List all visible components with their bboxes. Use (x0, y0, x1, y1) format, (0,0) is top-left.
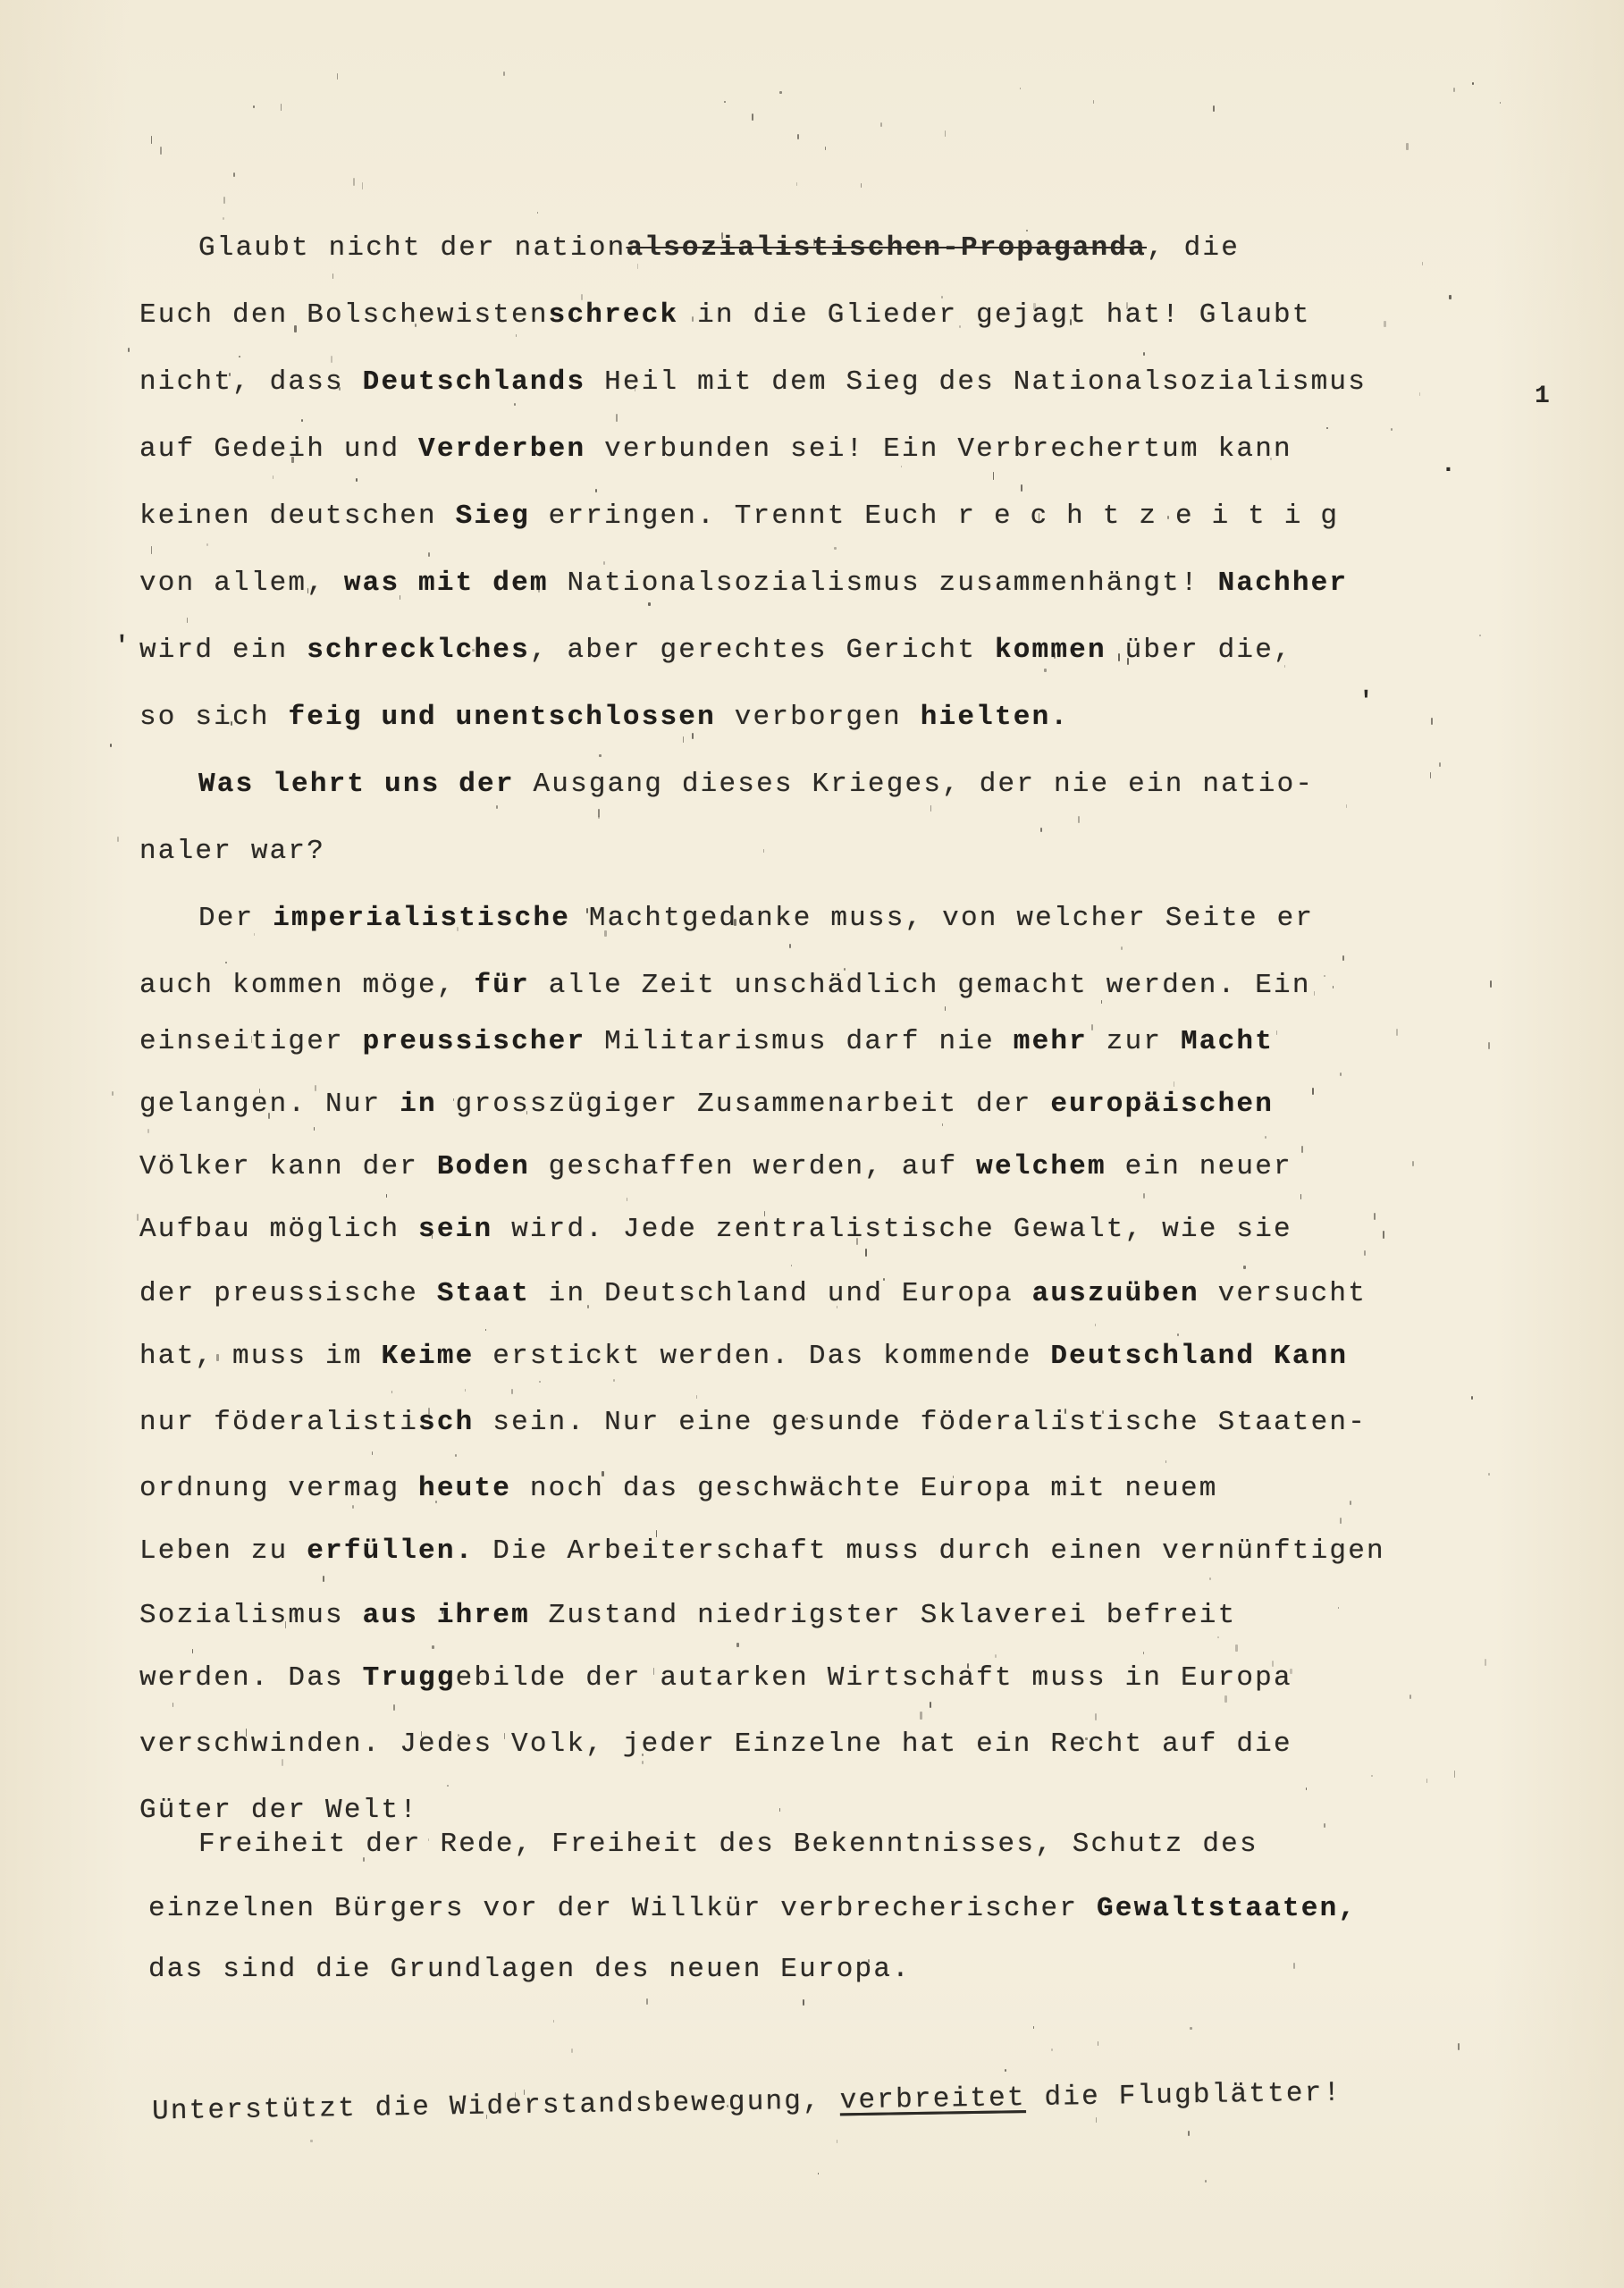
text-line: Glaubt nicht der nationalsozialistischen… (198, 234, 1240, 262)
text-segment: erfüllen. (307, 1535, 474, 1567)
ink-speck (1188, 2131, 1190, 2136)
ink-speck (1078, 816, 1080, 823)
ink-speck (331, 356, 332, 363)
ink-speck (310, 2140, 312, 2142)
text-line: nur föderalistisch sein. Nur eine gesund… (139, 1409, 1367, 1436)
text-segment: zur (1088, 1026, 1181, 1057)
ink-speck (571, 2048, 573, 2053)
ink-speck (1021, 484, 1022, 492)
text-segment: was mit dem (344, 568, 549, 599)
text-segment: Die Arbeiterschaft muss durch einen vern… (474, 1535, 1384, 1567)
text-segment: nicht, dass (139, 366, 363, 398)
text-segment: europäischen (1050, 1089, 1274, 1120)
ink-speck (880, 122, 882, 126)
text-line: Euch den Bolschewistenschreck in die Gli… (139, 301, 1311, 329)
text-segment: naler war? (139, 836, 325, 867)
ink-speck (147, 1129, 149, 1133)
ink-speck (1426, 1779, 1427, 1783)
text-line: der preussische Staat in Deutschland und… (139, 1280, 1367, 1308)
text-segment: noch das geschwächte Europa mit neuem (511, 1473, 1218, 1504)
ink-speck (1488, 1042, 1490, 1049)
ink-speck (428, 552, 430, 557)
text-line: so sich feig und unentschlossen verborge… (139, 703, 1069, 731)
margin-mark: 1 (1535, 383, 1550, 410)
text-segment: wird ein (139, 635, 307, 666)
ink-speck (825, 147, 826, 151)
text-segment: verborgen (716, 702, 921, 733)
text-segment: Deutschland Kann (1050, 1341, 1348, 1372)
ink-speck (736, 1643, 738, 1646)
ink-speck (595, 489, 597, 492)
text-segment: ordnung vermag (139, 1473, 418, 1504)
text-line: einseitiger preussischer Militarismus da… (139, 1028, 1274, 1056)
ink-speck (206, 543, 208, 546)
ink-speck (1044, 669, 1047, 671)
text-segment: in (400, 1089, 437, 1120)
text-line: nicht, dass Deutschlands Heil mit dem Si… (139, 368, 1367, 396)
ink-speck (223, 217, 223, 220)
text-segment: auf Gedeih und (139, 433, 418, 465)
text-segment: Staat (437, 1278, 530, 1309)
text-line: auf Gedeih und Verderben verbunden sei! … (139, 435, 1292, 463)
ink-speck (692, 733, 694, 739)
text-segment: der preussische (139, 1278, 437, 1309)
ink-speck (1098, 2041, 1098, 2046)
ink-speck (803, 1999, 804, 2006)
text-segment: aus ihrem (363, 1600, 530, 1631)
text-segment: versucht (1199, 1278, 1367, 1309)
text-segment: wird. Jede zentralistische Gewalt, wie s… (492, 1214, 1292, 1245)
ink-speck (128, 348, 130, 351)
margin-mark: ' (114, 633, 130, 660)
text-segment: Trugg (363, 1662, 456, 1694)
ink-speck (323, 1576, 324, 1582)
text-segment: über die, (1107, 635, 1292, 666)
ink-speck (930, 805, 931, 811)
text-segment: Güter der Welt! (139, 1795, 418, 1826)
text-segment: Heil mit dem Sieg des Nationalsozialismu… (585, 366, 1367, 398)
ink-speck (865, 1249, 867, 1257)
ink-speck (282, 1759, 282, 1766)
text-segment: Freiheit der Rede, Freiheit des Bekenntn… (198, 1829, 1258, 1860)
text-segment: heute (418, 1473, 511, 1504)
text-segment: von allem, (139, 568, 344, 599)
text-segment: erstickt werden. Das kommende (474, 1341, 1050, 1372)
text-segment: imperialistische (273, 903, 570, 934)
ink-speck (1340, 1072, 1342, 1076)
ink-speck (514, 403, 515, 406)
ink-speck (1371, 1775, 1373, 1777)
text-segment: einzelnen Bürgers vor der Willkür verbre… (148, 1893, 1097, 1924)
ink-speck (763, 849, 764, 854)
text-segment: Verderben (418, 433, 585, 465)
text-segment: Was lehrt uns der (198, 769, 515, 800)
ink-speck (553, 2020, 554, 2023)
text-segment: Keime (381, 1341, 474, 1372)
text-segment: welchem (976, 1151, 1107, 1182)
text-line: naler war? (139, 837, 325, 865)
text-line: Aufbau möglich sein wird. Jede zentralis… (139, 1215, 1292, 1243)
text-segment: schrecklches (307, 635, 530, 666)
ink-speck (110, 744, 112, 747)
text-segment: sch (418, 1407, 474, 1438)
ink-speck (337, 73, 338, 79)
ink-speck (1174, 1081, 1174, 1087)
text-segment: verbunden sei! Ein Verbrechertum kann (585, 433, 1292, 465)
ink-speck (352, 1505, 354, 1509)
text-segment: auszuüben (1032, 1278, 1199, 1309)
text-segment: feig und unentschlossen (288, 702, 715, 733)
ink-speck (1364, 1250, 1366, 1256)
text-segment: Aufbau möglich (139, 1214, 418, 1245)
ink-speck (1500, 102, 1501, 104)
ink-speck (1406, 143, 1409, 150)
text-line: keinen deutschen Sieg erringen. Trennt E… (139, 502, 1357, 530)
text-segment: Ausgang dieses Krieges, der nie ein nati… (515, 769, 1315, 800)
ink-speck (1095, 1324, 1096, 1325)
text-segment: Völker kann der (139, 1151, 437, 1182)
text-segment: das sind die Grundlagen des neuen Europa… (148, 1954, 911, 1985)
text-segment: Leben zu (139, 1535, 307, 1567)
ink-speck (117, 837, 119, 842)
text-line: werden. Das Truggebilde der autarken Wir… (139, 1664, 1292, 1692)
ink-speck (834, 547, 836, 550)
text-segment: auch kommen möge, (139, 970, 474, 1001)
text-segment: preussischer (363, 1026, 586, 1057)
text-segment: Sozialismus (139, 1600, 363, 1631)
ink-speck (1340, 1518, 1342, 1524)
text-segment: so sich (139, 702, 288, 733)
ink-speck (1243, 1266, 1245, 1269)
ink-speck (1485, 1659, 1486, 1666)
text-segment: ein neuer (1107, 1151, 1292, 1182)
text-segment: ebilde der autarken Wirtschaft muss in E… (456, 1662, 1292, 1694)
text-segment: hielten. (921, 702, 1069, 733)
ink-speck (1177, 1333, 1178, 1336)
text-segment: Gewaltstaaten, (1097, 1893, 1357, 1924)
text-segment: Sieg (456, 500, 530, 532)
ink-speck (1213, 105, 1215, 112)
text-line: Leben zu erfüllen. Die Arbeiterschaft mu… (139, 1537, 1385, 1565)
ink-speck (648, 602, 650, 606)
ink-speck (603, 561, 605, 565)
ink-speck (779, 1808, 780, 1811)
text-segment: alle Zeit unschädlich gemacht werden. Ei… (530, 970, 1311, 1001)
text-segment: kommen (995, 635, 1107, 666)
ink-speck (503, 71, 505, 76)
ink-speck (599, 754, 601, 757)
text-segment: nur föderalisti (139, 1407, 418, 1438)
text-segment: Euch den Bolschewisten (139, 299, 549, 331)
text-segment: sein. Nur eine gesunde föderalistische S… (474, 1407, 1367, 1438)
ink-speck (1235, 1644, 1238, 1652)
ink-speck (752, 114, 753, 121)
text-segment: Militarismus darf nie (585, 1026, 1013, 1057)
text-segment: werden. Das (139, 1662, 363, 1694)
ink-speck (1312, 1088, 1314, 1095)
margin-mark: ' (1359, 688, 1374, 716)
text-segment: , aber gerechtes Gericht (530, 635, 995, 666)
text-segment: in die Glieder gejagt hat! Glaubt (678, 299, 1310, 331)
ink-speck (151, 546, 152, 553)
ink-speck (1396, 1029, 1398, 1036)
text-line: von allem, was mit dem Nationalsozialism… (139, 569, 1348, 597)
text-line: Freiheit der Rede, Freiheit des Bekenntn… (198, 1830, 1258, 1858)
ink-speck (646, 1998, 648, 2005)
ink-speck (1301, 1146, 1303, 1153)
text-segment: hat, muss im (139, 1341, 381, 1372)
text-segment: einseitiger (139, 1026, 363, 1057)
text-segment: verschwinden. Jedes Volk, jeder Einzelne… (139, 1729, 1292, 1760)
ink-speck (1224, 1695, 1226, 1703)
ink-speck (789, 944, 792, 948)
text-line: ordnung vermag heute noch das geschwächt… (139, 1475, 1218, 1502)
text-segment: Machtgedanke muss, von welcher Seite er (570, 903, 1314, 934)
text-segment: Zustand niedrigster Sklaverei befreit (530, 1600, 1237, 1631)
ink-speck (393, 1704, 395, 1711)
ink-speck (137, 1214, 139, 1221)
text-line: Güter der Welt! (139, 1796, 418, 1824)
ink-speck (1346, 804, 1347, 808)
text-line: Was lehrt uns der Ausgang dieses Krieges… (198, 770, 1314, 798)
text-line: hat, muss im Keime erstickt werden. Das … (139, 1342, 1348, 1370)
ink-speck (1342, 955, 1344, 960)
ink-speck (616, 414, 618, 422)
text-segment: keinen deutschen (139, 500, 456, 532)
text-line: das sind die Grundlagen des neuen Europa… (148, 1956, 911, 1983)
text-segment: , die (1147, 232, 1240, 264)
ink-speck (696, 1395, 698, 1399)
ink-speck (1324, 1823, 1325, 1828)
text-segment: für (474, 970, 529, 1001)
paper-background (0, 0, 1624, 2288)
text-segment: Boden (437, 1151, 530, 1182)
text-segment: Nationalsozialismus zusammenhängt! (549, 568, 1218, 599)
ink-speck (1350, 1501, 1351, 1505)
ink-speck (930, 1702, 931, 1708)
ink-speck (1383, 1231, 1384, 1239)
text-segment: sein (418, 1214, 492, 1245)
text-line: verschwinden. Jedes Volk, jeder Einzelne… (139, 1730, 1292, 1758)
ink-speck (779, 91, 781, 94)
ink-speck (1409, 1695, 1411, 1699)
text-line: Völker kann der Boden geschaffen werden,… (139, 1153, 1292, 1181)
ink-speck (1293, 1963, 1295, 1970)
text-segment: erringen. Trennt Euch (530, 500, 957, 532)
ink-speck (112, 1091, 114, 1096)
ink-speck (372, 1451, 373, 1455)
ink-speck (1026, 230, 1028, 231)
ink-speck (613, 1379, 615, 1382)
ink-speck (223, 197, 226, 204)
ink-speck (1005, 2069, 1006, 2072)
ink-speck (1209, 1577, 1211, 1581)
ink-speck (172, 1703, 173, 1707)
ink-speck (920, 1712, 921, 1720)
text-segment: mehr (1014, 1026, 1088, 1057)
text-segment: Deutschlands (363, 366, 586, 398)
ink-speck (1458, 2043, 1460, 2050)
ink-speck (1033, 2026, 1034, 2029)
ink-speck (432, 1645, 433, 1649)
ink-speck (233, 172, 235, 177)
ink-speck (301, 419, 303, 422)
ink-speck (1439, 762, 1441, 767)
ink-speck (1333, 986, 1334, 988)
text-line: auch kommen möge, für alle Zeit unschädl… (139, 972, 1311, 999)
ink-speck (485, 1329, 486, 1331)
text-line: wird ein schrecklches, aber gerechtes Ge… (139, 636, 1292, 664)
ink-speck (1412, 1161, 1414, 1166)
text-segment: alsozialistischen-Propaganda (626, 232, 1147, 264)
text-segment: Nachher (1218, 568, 1349, 599)
ink-speck (797, 134, 799, 139)
text-line: Der imperialistische Machtgedanke muss, … (198, 904, 1314, 932)
text-segment: gelangen. Nur (139, 1089, 400, 1120)
ink-speck (1384, 321, 1385, 327)
text-segment: die Flugblätter! (1025, 2078, 1342, 2115)
text-segment: grosszügiger Zusammenarbeit der (437, 1089, 1051, 1120)
text-line: Sozialismus aus ihrem Zustand niedrigste… (139, 1602, 1236, 1629)
text-segment: geschaffen werden, auf (530, 1151, 976, 1182)
ink-speck (151, 136, 152, 144)
ink-speck (1374, 1213, 1375, 1220)
text-segment: in Deutschland und Europa (530, 1278, 1032, 1309)
ink-speck (598, 809, 600, 817)
ink-speck (1471, 1396, 1472, 1400)
ink-speck (1040, 828, 1042, 833)
text-segment: Glaubt nicht der nation (198, 232, 626, 264)
margin-mark: . (1441, 451, 1456, 479)
text-segment: Der (198, 903, 273, 934)
ink-speck (511, 1389, 513, 1394)
ink-speck (1121, 946, 1123, 950)
ink-speck (1217, 1636, 1219, 1638)
text-segment: schreck (549, 299, 679, 331)
ink-speck (391, 1391, 392, 1393)
ink-speck (1449, 295, 1451, 299)
ink-speck (1431, 718, 1433, 725)
ink-speck (281, 104, 282, 111)
ink-speck (1165, 1460, 1166, 1463)
underlined-word: verbreitet (839, 2082, 1026, 2116)
text-segment: rechtzeitig (957, 500, 1357, 532)
ink-speck (1490, 980, 1492, 988)
text-line: einzelnen Bürgers vor der Willkür verbre… (148, 1895, 1357, 1922)
text-line: gelangen. Nur in grosszügiger Zusammenar… (139, 1090, 1274, 1118)
ink-speck (273, 475, 273, 479)
ink-speck (160, 147, 162, 155)
ink-speck (1143, 1652, 1144, 1655)
text-segment: Macht (1181, 1026, 1274, 1057)
ink-speck (1190, 2027, 1191, 2030)
